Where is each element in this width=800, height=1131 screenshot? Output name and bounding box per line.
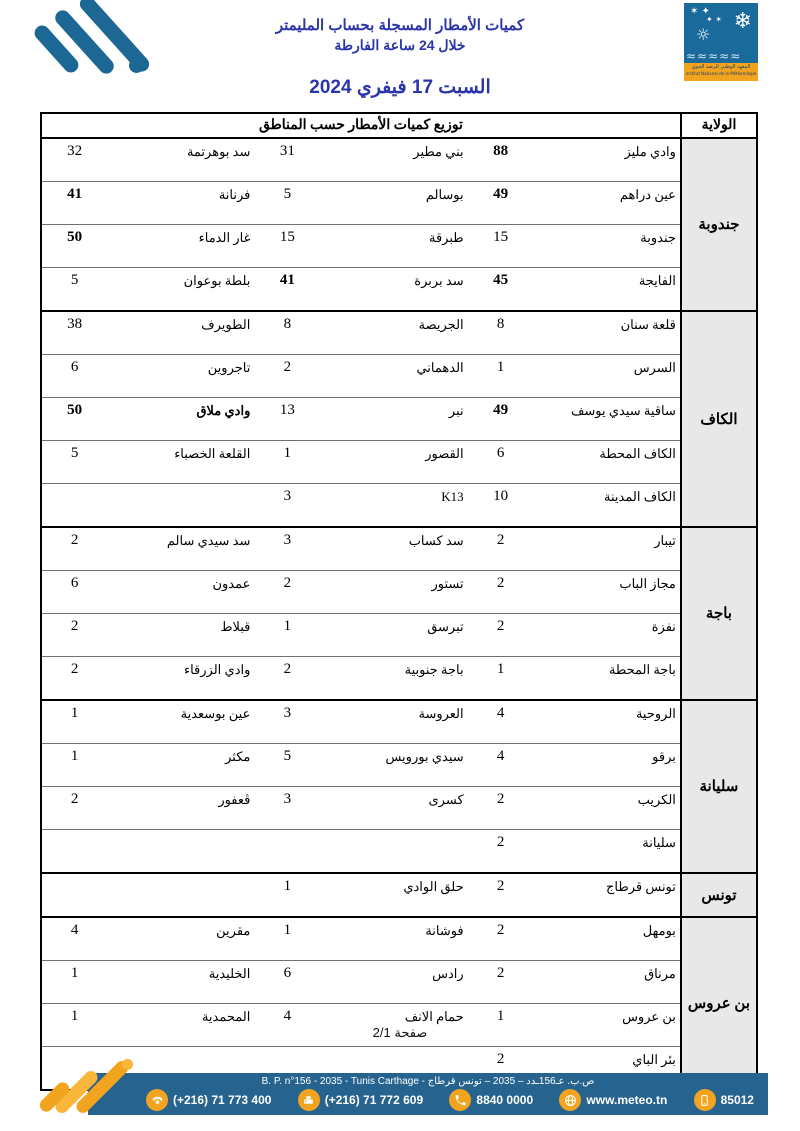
station-name-cell: رادس — [320, 961, 467, 1004]
rain-value-cell: 2 — [41, 527, 107, 571]
station-name-cell: بوسالم — [320, 182, 467, 225]
title-block: كميات الأمطار المسجلة بحساب المليمتر خلا… — [200, 16, 600, 54]
station-name-cell: عين بوسعدية — [107, 700, 254, 744]
station-name-cell: الجريصة — [320, 311, 467, 355]
station-name-cell: سد سيدي سالم — [107, 527, 254, 571]
footer-address-arabic: ص.ب. عـ156ـدد – 2035 – تونس قرطاج — [428, 1076, 595, 1087]
rain-value-cell: 2 — [468, 830, 534, 874]
rain-value-cell: 3 — [254, 700, 320, 744]
table-row: الكاف المدينة10K133 — [41, 484, 757, 528]
rain-value-cell: 1 — [468, 355, 534, 398]
rain-value-cell: 1 — [254, 873, 320, 917]
station-name-cell: غار الدماء — [107, 225, 254, 268]
rain-value-cell — [41, 830, 107, 874]
station-name-cell: فرنانة — [107, 182, 254, 225]
orange-dot-icon — [122, 1059, 133, 1070]
governorate-cell: سليانة — [681, 700, 757, 873]
rain-value-cell: 5 — [41, 268, 107, 312]
table-row: مرناق2رادس6الخليدية1 — [41, 961, 757, 1004]
rain-value-cell: 8 — [468, 311, 534, 355]
table-row: السرس1الدهماني2تاجروين6 — [41, 355, 757, 398]
rain-value-cell: 32 — [41, 138, 107, 182]
rain-value-cell: 1 — [41, 744, 107, 787]
rain-value-cell: 41 — [254, 268, 320, 312]
rain-value-cell: 2 — [41, 614, 107, 657]
station-name-cell: بني مطير — [320, 138, 467, 182]
rain-value-cell: 1 — [254, 441, 320, 484]
rainfall-table: الولاية توزيع كميات الأمطار حسب المناطق … — [40, 112, 758, 1091]
rain-value-cell: 88 — [468, 138, 534, 182]
rain-value-cell: 4 — [41, 917, 107, 961]
footer-contact-bar: B. P. n°156 - 2035 - Tunis Carthage - ص.… — [88, 1073, 768, 1115]
table-row: باجة المحطة1باجة جنوبية2وادي الزرقاء2 — [41, 657, 757, 701]
station-name-cell: باجة جنوبية — [320, 657, 467, 701]
table-row: تونستونس قرطاج2حلق الوادي1 — [41, 873, 757, 917]
rain-value-cell: 1 — [41, 700, 107, 744]
rain-value-cell: 6 — [41, 571, 107, 614]
station-name-cell — [107, 873, 254, 917]
station-name-cell: حلق الوادي — [320, 873, 467, 917]
inm-logo: ❄ ✶ ✦ ✦ ✶ ☼ ≈≈≈≈≈ المعهد الوطني للرصد ال… — [684, 3, 758, 83]
rain-table-body: جندوبةوادي مليز88بني مطير31سد بوهرتمة32ع… — [41, 138, 757, 1090]
table-row: جندوبة15طبرقة15غار الدماء50 — [41, 225, 757, 268]
station-name-cell: الفايجة — [534, 268, 681, 312]
table-row: الكاف المحطة6القصور1القلعة الخصباء5 — [41, 441, 757, 484]
station-name-cell: القلعة الخصباء — [107, 441, 254, 484]
rain-value-cell: 31 — [254, 138, 320, 182]
governorate-cell: تونس — [681, 873, 757, 917]
station-name-cell: سد بوهرتمة — [107, 138, 254, 182]
contact-text: 8840 0000 — [476, 1093, 533, 1107]
station-name-cell: الكاف المدينة — [534, 484, 681, 528]
page-number: صفحة 2/1 — [300, 1025, 500, 1041]
contact-item: 8840 0000 — [449, 1089, 533, 1111]
contact-text: www.meteo.tn — [586, 1093, 667, 1107]
rain-value-cell: 1 — [254, 614, 320, 657]
rain-value-cell: 2 — [254, 571, 320, 614]
rain-value-cell: 2 — [254, 657, 320, 701]
footer-address: B. P. n°156 - 2035 - Tunis Carthage - ص.… — [88, 1073, 768, 1087]
station-name-cell: العروسة — [320, 700, 467, 744]
rain-value-cell — [254, 830, 320, 874]
station-name-cell: نبر — [320, 398, 467, 441]
contact-text: (+216) 71 772 609 — [325, 1093, 423, 1107]
rain-value-cell: 1 — [41, 1004, 107, 1047]
station-name-cell: باجة المحطة — [534, 657, 681, 701]
station-name-cell: السرس — [534, 355, 681, 398]
governorate-header: الولاية — [681, 113, 757, 138]
station-name-cell: الدهماني — [320, 355, 467, 398]
rain-value-cell: 2 — [468, 527, 534, 571]
rain-value-cell: 5 — [254, 744, 320, 787]
table-row: برقو4سيدي بورويس5مكثر1 — [41, 744, 757, 787]
rain-value-cell: 2 — [468, 917, 534, 961]
station-name-cell: وادي الزرقاء — [107, 657, 254, 701]
report-page: كميات الأمطار المسجلة بحساب المليمتر خلا… — [0, 0, 800, 1131]
table-row: الكريب2كسرى3ڤعفور2 — [41, 787, 757, 830]
rain-value-cell: 2 — [468, 873, 534, 917]
sun-icon: ☼ — [696, 27, 710, 43]
inm-caption-french: Institut National de la Météorologie — [684, 71, 758, 77]
rain-value-cell: 5 — [41, 441, 107, 484]
fax-icon — [298, 1089, 320, 1111]
telephone-icon — [146, 1089, 168, 1111]
rain-value-cell: 6 — [41, 355, 107, 398]
rain-value-cell: 1 — [41, 961, 107, 1004]
contact-item: www.meteo.tn — [559, 1089, 667, 1111]
station-name-cell: K13 — [320, 484, 467, 528]
station-name-cell: الخليدية — [107, 961, 254, 1004]
report-title-line1: كميات الأمطار المسجلة بحساب المليمتر — [200, 16, 600, 34]
rain-value-cell: 1 — [254, 917, 320, 961]
table-row: الفايجة45سد بربرة41بلطة بوعوان5 — [41, 268, 757, 312]
rain-value-cell: 1 — [468, 657, 534, 701]
footer-address-latin: B. P. n°156 - 2035 - Tunis Carthage - — [262, 1076, 425, 1087]
rain-value-cell: 3 — [254, 527, 320, 571]
rain-value-cell: 2 — [468, 787, 534, 830]
contact-item: (+216) 71 773 400 — [146, 1089, 271, 1111]
station-name-cell: برقو — [534, 744, 681, 787]
rain-value-cell: 3 — [254, 787, 320, 830]
station-name-cell: تيبار — [534, 527, 681, 571]
rain-value-cell: 50 — [41, 225, 107, 268]
station-name-cell: سد بربرة — [320, 268, 467, 312]
call-icon — [449, 1089, 471, 1111]
station-name-cell: قبلاط — [107, 614, 254, 657]
rain-value-cell: 38 — [41, 311, 107, 355]
table-row: سليانةالروحية4العروسة3عين بوسعدية1 — [41, 700, 757, 744]
table-row: عين دراهم49بوسالم5فرنانة41 — [41, 182, 757, 225]
station-name-cell: بلطة بوعوان — [107, 268, 254, 312]
inm-logo-caption: المعهد الوطني للرصد الجوي Institut Natio… — [684, 63, 758, 81]
rain-value-cell — [41, 873, 107, 917]
station-name-cell — [107, 830, 254, 874]
rain-value-cell: 15 — [468, 225, 534, 268]
station-name-cell — [320, 830, 467, 874]
station-name-cell: كسرى — [320, 787, 467, 830]
governorate-cell: باجة — [681, 527, 757, 700]
inm-caption-arabic: المعهد الوطني للرصد الجوي — [684, 63, 758, 71]
orange-streaks-logo — [38, 1055, 148, 1125]
station-name-cell: الروحية — [534, 700, 681, 744]
station-name-cell: ساقية سيدي يوسف — [534, 398, 681, 441]
table-row: سليانة2 — [41, 830, 757, 874]
station-name-cell: سد كساب — [320, 527, 467, 571]
rain-value-cell: 15 — [254, 225, 320, 268]
rain-value-cell: 5 — [254, 182, 320, 225]
rain-value-cell: 2 — [468, 571, 534, 614]
station-name-cell — [107, 484, 254, 528]
station-name-cell: فوشانة — [320, 917, 467, 961]
station-name-cell: عمدون — [107, 571, 254, 614]
stars-icon: ✦ ✶ — [706, 15, 722, 24]
rain-value-cell: 50 — [41, 398, 107, 441]
station-name-cell: المحمدية — [107, 1004, 254, 1047]
rain-value-cell: 2 — [254, 355, 320, 398]
rain-value-cell: 4 — [468, 700, 534, 744]
station-name-cell: الكاف المحطة — [534, 441, 681, 484]
sms-icon — [694, 1089, 716, 1111]
contact-item: 85012 — [694, 1089, 754, 1111]
station-name-cell: تبرسق — [320, 614, 467, 657]
station-name-cell: مقرين — [107, 917, 254, 961]
station-name-cell: وادي مليز — [534, 138, 681, 182]
station-name-cell: مكثر — [107, 744, 254, 787]
rain-drop-icon — [129, 58, 144, 73]
rain-value-cell — [41, 484, 107, 528]
rain-value-cell: 8 — [254, 311, 320, 355]
table-row: مجاز الباب2تستور2عمدون6 — [41, 571, 757, 614]
rain-value-cell: 4 — [468, 744, 534, 787]
station-name-cell: جندوبة — [534, 225, 681, 268]
station-name-cell: مرناق — [534, 961, 681, 1004]
table-header-row: الولاية توزيع كميات الأمطار حسب المناطق — [41, 113, 757, 138]
table-title: توزيع كميات الأمطار حسب المناطق — [41, 113, 681, 138]
report-date: السبت 17 فيفري 2024 — [250, 76, 550, 99]
rain-value-cell: 13 — [254, 398, 320, 441]
rain-value-cell: 2 — [468, 961, 534, 1004]
station-name-cell: سيدي بورويس — [320, 744, 467, 787]
rain-value-cell: 6 — [254, 961, 320, 1004]
snowflake-icon: ❄ — [734, 11, 752, 33]
station-name-cell: تاجروين — [107, 355, 254, 398]
station-name-cell: تونس قرطاج — [534, 873, 681, 917]
rain-value-cell: 10 — [468, 484, 534, 528]
station-name-cell: مجاز الباب — [534, 571, 681, 614]
station-name-cell: نفزة — [534, 614, 681, 657]
table-row: الكافقلعة سنان8الجريصة8الطويرف38 — [41, 311, 757, 355]
station-name-cell: طبرقة — [320, 225, 467, 268]
station-name-cell: عين دراهم — [534, 182, 681, 225]
station-name-cell: ڤعفور — [107, 787, 254, 830]
station-name-cell: قلعة سنان — [534, 311, 681, 355]
inm-logo-artwork: ❄ ✶ ✦ ✦ ✶ ☼ ≈≈≈≈≈ — [684, 3, 758, 63]
governorate-cell: جندوبة — [681, 138, 757, 311]
rain-value-cell: 49 — [468, 398, 534, 441]
rain-value-cell: 6 — [468, 441, 534, 484]
station-name-cell: بومهل — [534, 917, 681, 961]
station-name-cell: بن عروس — [534, 1004, 681, 1047]
station-name-cell: الطويرف — [107, 311, 254, 355]
table-row: جندوبةوادي مليز88بني مطير31سد بوهرتمة32 — [41, 138, 757, 182]
table-row: نفزة2تبرسق1قبلاط2 — [41, 614, 757, 657]
report-title-line2: خلال 24 ساعة الفارطة — [200, 37, 600, 54]
rain-streaks-logo — [35, 0, 165, 85]
waves-icon: ≈≈≈≈≈ — [686, 49, 741, 63]
station-name-cell: وادي ملاق — [107, 398, 254, 441]
rain-value-cell: 45 — [468, 268, 534, 312]
rain-value-cell: 2 — [468, 614, 534, 657]
station-name-cell: الكريب — [534, 787, 681, 830]
table-row: ساقية سيدي يوسف49نبر13وادي ملاق50 — [41, 398, 757, 441]
rain-value-cell: 49 — [468, 182, 534, 225]
footer-contacts: (+216) 71 773 400(+216) 71 772 6098840 0… — [88, 1087, 768, 1111]
contact-text: 85012 — [721, 1093, 754, 1107]
rain-value-cell: 2 — [41, 657, 107, 701]
rain-value-cell: 3 — [254, 484, 320, 528]
governorate-cell: بن عروس — [681, 917, 757, 1090]
table-row: باجةتيبار2سد كساب3سد سيدي سالم2 — [41, 527, 757, 571]
contact-item: (+216) 71 772 609 — [298, 1089, 423, 1111]
station-name-cell: تستور — [320, 571, 467, 614]
rain-value-cell: 41 — [41, 182, 107, 225]
station-name-cell: سليانة — [534, 830, 681, 874]
globe-icon — [559, 1089, 581, 1111]
station-name-cell: القصور — [320, 441, 467, 484]
table-row: بن عروسبومهل2فوشانة1مقرين4 — [41, 917, 757, 961]
rain-value-cell: 2 — [41, 787, 107, 830]
contact-text: (+216) 71 773 400 — [173, 1093, 271, 1107]
governorate-cell: الكاف — [681, 311, 757, 527]
